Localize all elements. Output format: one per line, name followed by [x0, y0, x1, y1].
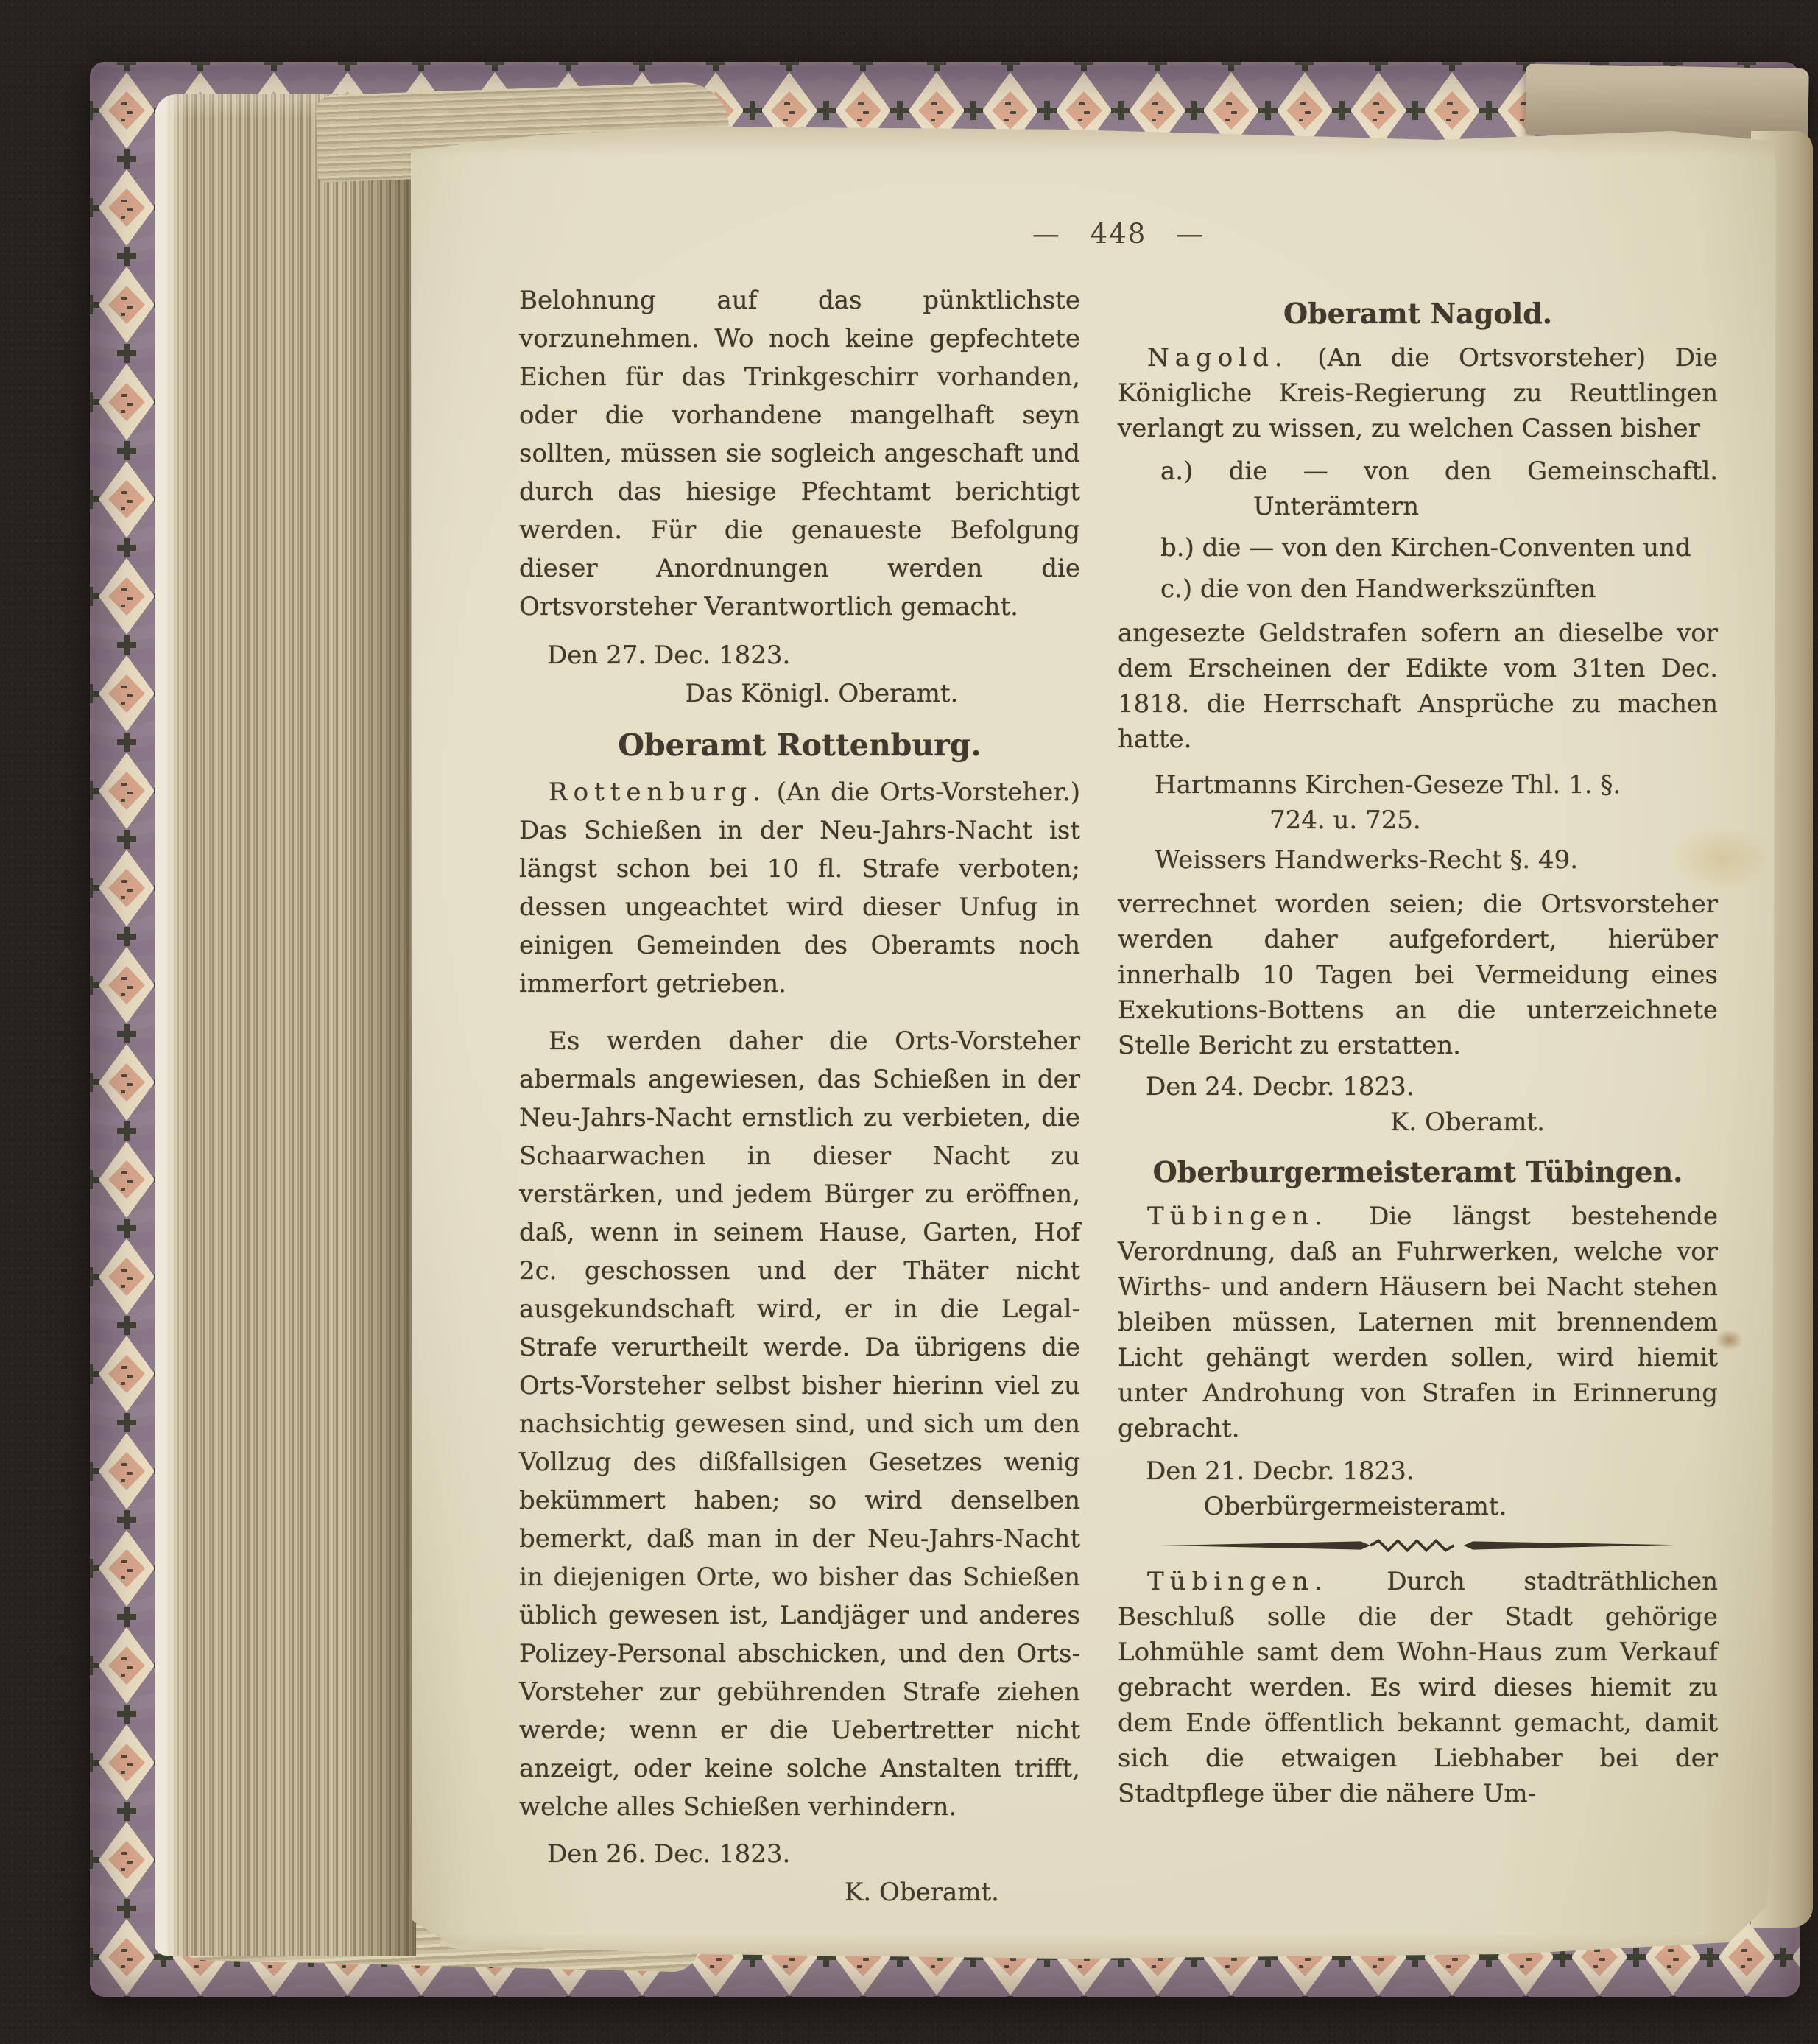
paragraph-rottenburg: Rottenburg. (An die Orts-Vorsteher.) Das…: [519, 773, 1080, 1003]
lead-word-tuebingen-1: Tübingen.: [1147, 1202, 1328, 1231]
list-item-c: c.) die von den Handwerkszünften: [1118, 571, 1718, 607]
lead-word-nagold: Nagold.: [1147, 343, 1289, 373]
right-column: Oberamt Nagold. Nagold. (An die Ortsvors…: [1118, 295, 1718, 1811]
paragraph-geldstrafen: angesezte Geldstrafen sofern an dieselbe…: [1118, 616, 1718, 757]
heading-oberbuergermeisteramt: Oberburgermeisteramt Tübingen.: [1118, 1153, 1718, 1191]
section-divider-ornament: [1118, 1536, 1718, 1555]
signature-k-oberamt-nagold: K. Oberamt.: [1118, 1104, 1718, 1140]
paragraph-tuebingen-lohmuehle-text: Durch stadträthlichen Beschluß solle die…: [1118, 1567, 1718, 1808]
citation-hartmann-line-1: Hartmanns Kirchen-Geseze Thl. 1. §.: [1118, 767, 1718, 803]
scanned-book-photo: — 448 — Belohnung auf das pünktlichste v…: [0, 0, 1818, 2044]
heading-oberamt-nagold: Oberamt Nagold.: [1118, 295, 1718, 333]
signature-k-oberamt-rottenburg: K. Oberamt.: [519, 1873, 1080, 1911]
book-page: — 448 — Belohnung auf das pünktlichste v…: [405, 124, 1776, 1963]
citation-weisser: Weissers Handwerks-Recht §. 49.: [1118, 842, 1718, 878]
list-item-a: a.) die — von den Gemeinschaftl. Unteräm…: [1118, 454, 1718, 524]
dateline-26-dec: Den 26. Dec. 1823.: [519, 1835, 1080, 1873]
paragraph-tuebingen-laternen: Tübingen. Die längst bestehende Verordnu…: [1118, 1199, 1718, 1446]
heading-oberamt-rottenburg: Oberamt Rottenburg.: [519, 725, 1080, 766]
signature-oberbuergermeisteramt: Oberbürgermeisteramt.: [1118, 1489, 1718, 1524]
paragraph-es-werden: Es werden daher die Orts-Vorsteher aberm…: [519, 1022, 1080, 1826]
dateline-27-dec: Den 27. Dec. 1823.: [519, 636, 1080, 674]
citation-hartmann-line-2: 724. u. 725.: [1118, 803, 1718, 838]
paragraph-nagold: Nagold. (An die Ortsvorsteher) Die König…: [1118, 340, 1718, 446]
paragraph-tuebingen-laternen-text: Die längst bestehende Verordnung, daß an…: [1118, 1202, 1718, 1443]
dateline-21-decbr: Den 21. Decbr. 1823.: [1118, 1453, 1718, 1489]
paragraph-tuebingen-lohmuehle: Tübingen. Durch stadträthlichen Beschluß…: [1118, 1564, 1718, 1811]
signature-koenigl-oberamt: Das Königl. Oberamt.: [519, 674, 1080, 713]
paragraph-belohnung: Belohnung auf das pünktlichste vorzunehm…: [519, 281, 1080, 626]
divider-rule-icon: [1130, 1536, 1705, 1555]
lead-word-rottenburg: Rottenburg.: [549, 778, 767, 807]
paragraph-verrechnet: verrechnet worden seien; die Ortsvorsteh…: [1118, 887, 1718, 1063]
page-edges-left: [155, 94, 416, 1956]
left-column: Belohnung auf das pünktlichste vorzunehm…: [519, 281, 1080, 1911]
list-item-b: b.) die — von den Kirchen-Conventen und: [1118, 530, 1718, 565]
paragraph-rottenburg-text: (An die Orts-Vorsteher.) Das Schießen in…: [519, 778, 1080, 998]
lead-word-tuebingen-2: Tübingen.: [1147, 1567, 1328, 1596]
page-number: — 448 —: [519, 218, 1718, 250]
dateline-24-decbr: Den 24. Decbr. 1823.: [1118, 1069, 1718, 1104]
cover-fore-edge-flap: [1525, 64, 1809, 140]
